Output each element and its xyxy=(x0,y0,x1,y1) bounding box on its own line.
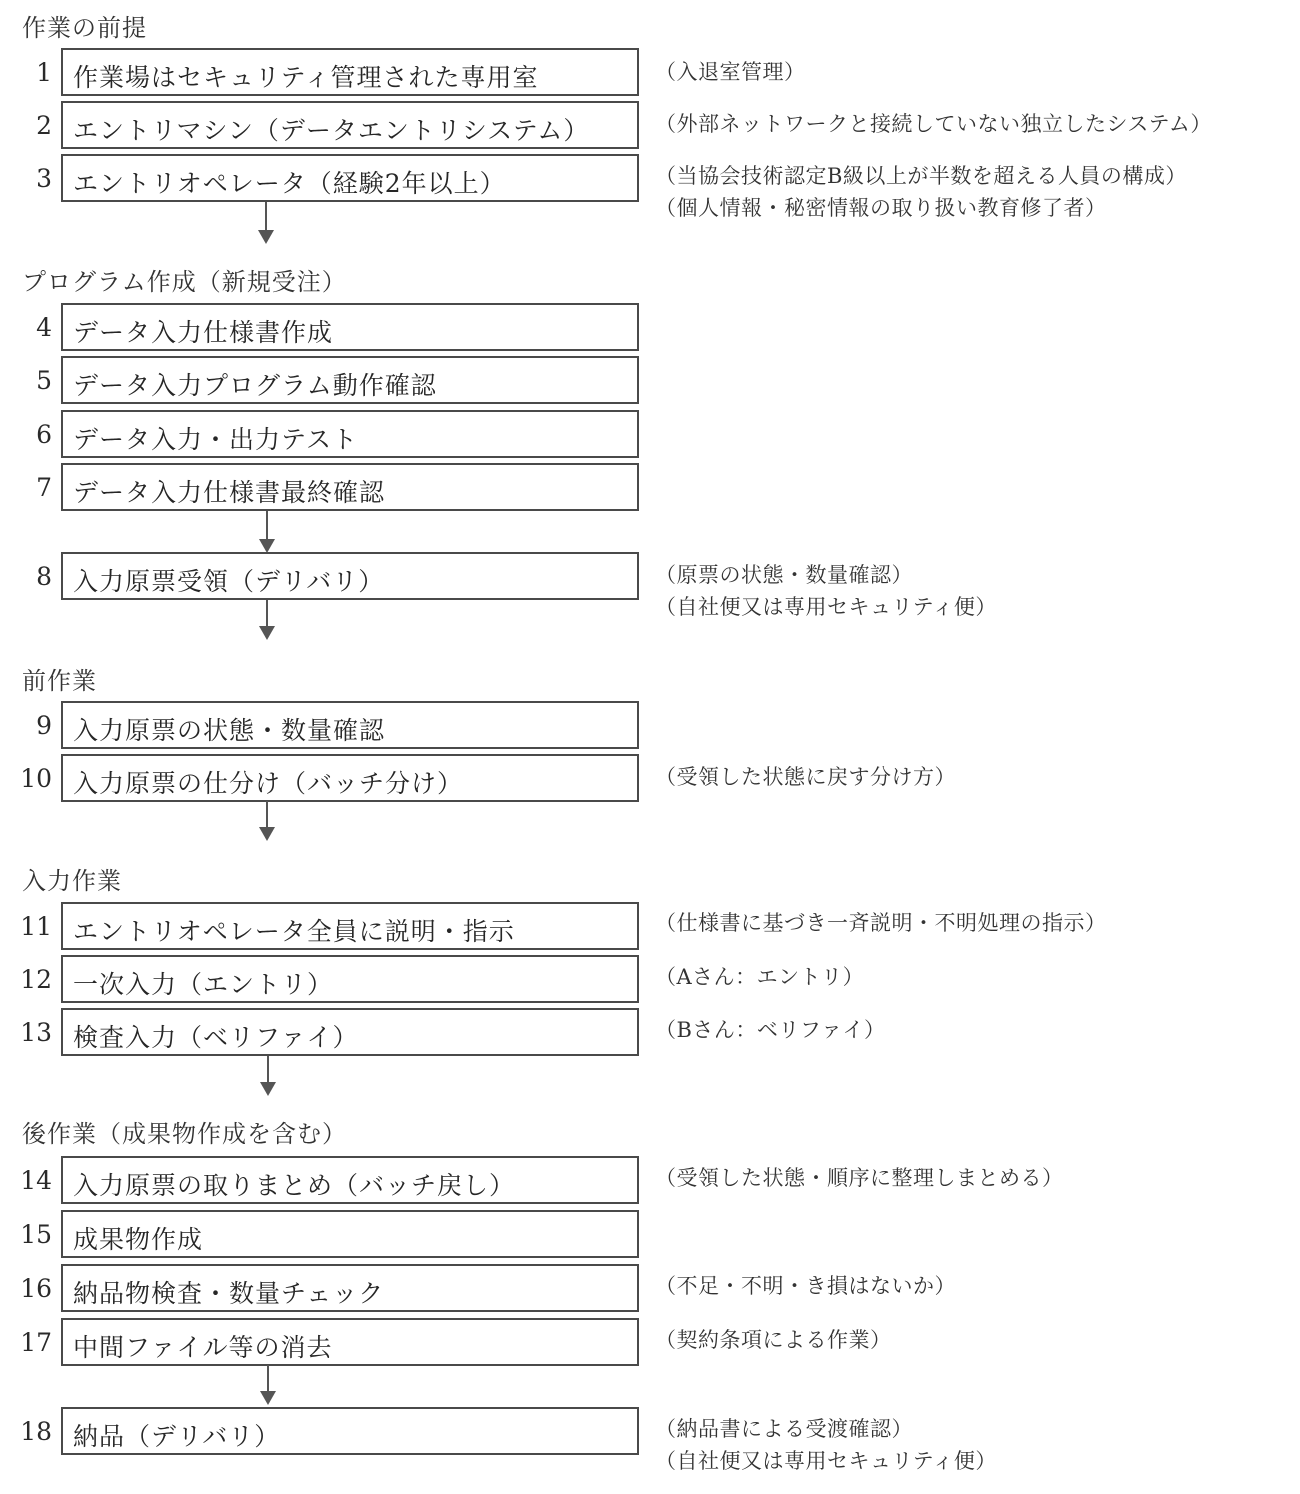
step-box: 入力原票の仕分け（バッチ分け） xyxy=(61,754,639,802)
step-number: 3 xyxy=(0,164,52,193)
step-box: 入力原票受領（デリバリ） xyxy=(61,552,639,600)
step-note: （受領した状態・順序に整理しまとめる） xyxy=(655,1162,1064,1194)
step-label: 納品（デリバリ） xyxy=(73,1417,280,1453)
step-label: データ入力プログラム動作確認 xyxy=(73,366,437,402)
step-box: 中間ファイル等の消去 xyxy=(61,1318,639,1366)
step-note: （個人情報・秘密情報の取り扱い教育修了者） xyxy=(655,192,1107,224)
step-box: 成果物作成 xyxy=(61,1210,639,1258)
step-number: 18 xyxy=(0,1417,52,1446)
flow-arrow-down-icon xyxy=(257,511,277,553)
step-note: （納品書による受渡確認） xyxy=(655,1413,913,1445)
step-number: 10 xyxy=(0,764,52,793)
step-box: 検査入力（ベリファイ） xyxy=(61,1008,639,1056)
step-label: 入力原票受領（デリバリ） xyxy=(73,562,384,598)
step-number: 2 xyxy=(0,111,52,140)
step-box: エントリオペレータ全員に説明・指示 xyxy=(61,902,639,950)
step-note: （原票の状態・数量確認） xyxy=(655,559,913,591)
step-label: 入力原票の仕分け（バッチ分け） xyxy=(73,764,463,800)
step-box: エントリオペレータ（経験2年以上） xyxy=(61,154,639,202)
step-note: （Bさん：ベリファイ） xyxy=(655,1014,886,1046)
step-number: 12 xyxy=(0,965,52,994)
flow-arrow-down-icon xyxy=(257,600,277,642)
step-box: 納品物検査・数量チェック xyxy=(61,1264,639,1312)
step-note: （自社便又は専用セキュリティ便） xyxy=(655,1445,997,1477)
step-box: データ入力仕様書作成 xyxy=(61,303,639,351)
section-title-prerequisites: 作業の前提 xyxy=(22,8,147,43)
step-label: エントリオペレータ（経験2年以上） xyxy=(73,164,506,200)
step-label: エントリオペレータ全員に説明・指示 xyxy=(73,912,515,948)
step-label: 作業場はセキュリティ管理された専用室 xyxy=(73,58,539,94)
flow-arrow-down-icon xyxy=(258,1056,278,1098)
step-note: （自社便又は専用セキュリティ便） xyxy=(655,591,997,623)
step-box: データ入力仕様書最終確認 xyxy=(61,463,639,511)
step-number: 1 xyxy=(0,58,52,87)
step-number: 11 xyxy=(0,912,52,941)
step-number: 5 xyxy=(0,366,52,395)
step-box: エントリマシン（データエントリシステム） xyxy=(61,101,639,149)
step-number: 6 xyxy=(0,420,52,449)
section-title-post-work: 後作業（成果物作成を含む） xyxy=(22,1114,347,1149)
step-box: 作業場はセキュリティ管理された専用室 xyxy=(61,48,639,96)
step-box: 納品（デリバリ） xyxy=(61,1407,639,1455)
step-label: データ入力仕様書最終確認 xyxy=(73,473,385,509)
step-label: エントリマシン（データエントリシステム） xyxy=(73,111,589,147)
step-note: （契約条項による作業） xyxy=(655,1324,892,1356)
step-label: データ入力・出力テスト xyxy=(73,420,358,456)
step-label: 入力原票の状態・数量確認 xyxy=(73,711,385,747)
step-note: （受領した状態に戻す分け方） xyxy=(655,761,956,793)
flow-arrow-down-icon xyxy=(256,202,276,244)
step-note: （入退室管理） xyxy=(655,56,806,88)
step-note: （外部ネットワークと接続していない独立したシステム） xyxy=(655,108,1212,140)
step-number: 14 xyxy=(0,1166,52,1195)
step-number: 9 xyxy=(0,711,52,740)
section-title-input-work: 入力作業 xyxy=(22,861,122,896)
step-number: 8 xyxy=(0,562,52,591)
step-label: 中間ファイル等の消去 xyxy=(73,1328,333,1364)
step-label: 納品物検査・数量チェック xyxy=(73,1274,384,1310)
step-note: （不足・不明・き損はないか） xyxy=(655,1270,956,1302)
step-box: 入力原票の取りまとめ（バッチ戻し） xyxy=(61,1156,639,1204)
section-title-program-creation: プログラム作成（新規受注） xyxy=(22,262,347,297)
step-label: 入力原票の取りまとめ（バッチ戻し） xyxy=(73,1166,515,1202)
step-label: データ入力仕様書作成 xyxy=(73,313,333,349)
step-label: 一次入力（エントリ） xyxy=(73,965,333,1001)
step-label: 検査入力（ベリファイ） xyxy=(73,1018,359,1054)
flow-arrow-down-icon xyxy=(258,1365,278,1407)
step-box: 一次入力（エントリ） xyxy=(61,955,639,1003)
step-box: データ入力プログラム動作確認 xyxy=(61,356,639,404)
step-number: 7 xyxy=(0,473,52,502)
step-number: 4 xyxy=(0,313,52,342)
step-number: 15 xyxy=(0,1220,52,1249)
step-number: 17 xyxy=(0,1328,52,1357)
step-box: データ入力・出力テスト xyxy=(61,410,639,458)
step-note: （仕様書に基づき一斉説明・不明処理の指示） xyxy=(655,907,1107,939)
section-title-pre-work: 前作業 xyxy=(22,661,97,696)
step-box: 入力原票の状態・数量確認 xyxy=(61,701,639,749)
step-note: （当協会技術認定B級以上が半数を超える人員の構成） xyxy=(655,160,1187,192)
flow-arrow-down-icon xyxy=(257,801,277,843)
step-number: 13 xyxy=(0,1018,52,1047)
step-number: 16 xyxy=(0,1274,52,1303)
step-label: 成果物作成 xyxy=(73,1220,203,1256)
step-note: （Aさん：エントリ） xyxy=(655,961,864,993)
